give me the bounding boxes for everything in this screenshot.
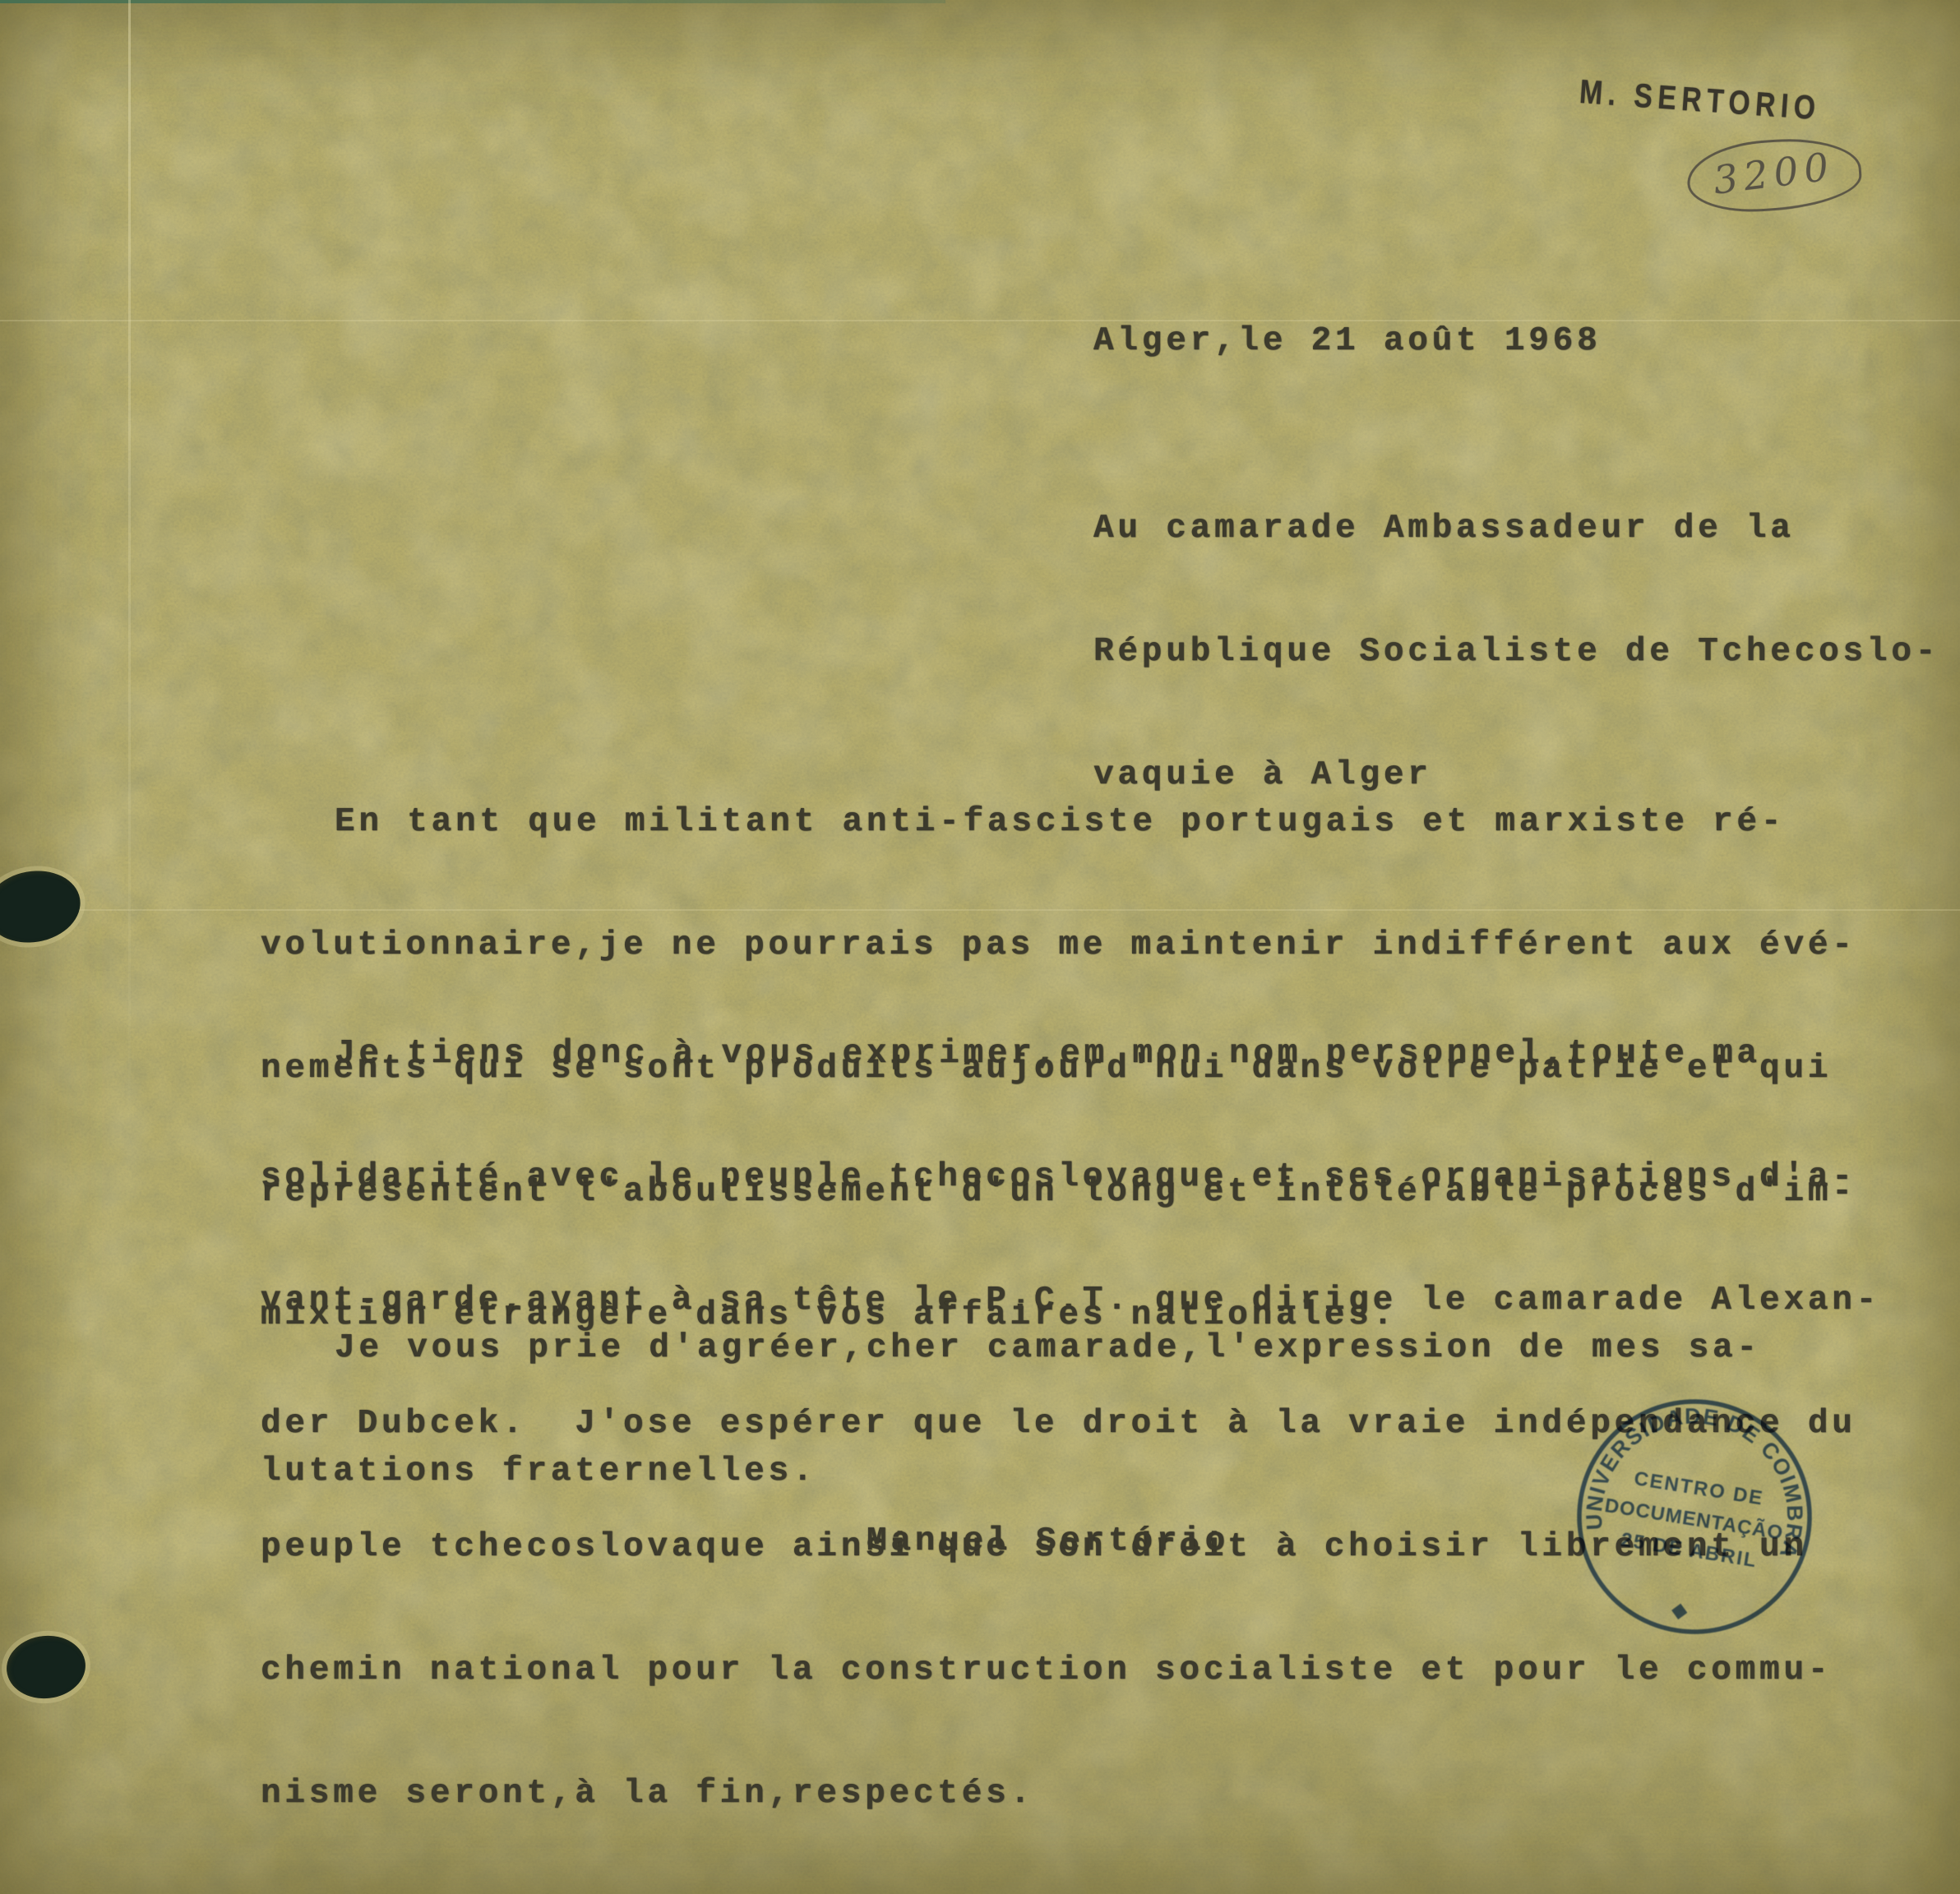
scan-top-edge — [0, 0, 945, 3]
recipient-line: Au camarade Ambassadeur de la — [1093, 508, 1939, 549]
body-line: solidarité avec le peuple tchecoslovaque… — [261, 1157, 1880, 1198]
signature: Manuel Sertório — [867, 1521, 1229, 1562]
punch-hole-top — [0, 864, 86, 950]
archive-number: 3200 — [1711, 144, 1837, 204]
vertical-fold-crease — [128, 0, 131, 1151]
body-line: chemin national pour la construction soc… — [261, 1650, 1880, 1691]
body-line: Je tiens donc à vous exprimer,em mon nom… — [261, 1033, 1880, 1074]
university-round-stamp: UNIVERSIDADE DE COIMBRA ◆ CENTRO DE DOCU… — [1549, 1371, 1841, 1663]
body-line: En tant que militant anti-fasciste portu… — [261, 801, 1856, 843]
stamp-ring-text-holder: UNIVERSIDADE DE COIMBRA — [1579, 1388, 1824, 1565]
body-line: lutations fraternelles. — [261, 1451, 1761, 1492]
body-line: nisme seront,à la fin,respectés. — [261, 1773, 1880, 1814]
archive-number-oval: 3200 — [1685, 134, 1863, 217]
body-line: Je vous prie d'agréer,cher camarade,l'ex… — [261, 1328, 1761, 1369]
recipient-line: République Socialiste de Tchecoslo- — [1093, 631, 1939, 672]
horizontal-fold-crease-top — [0, 320, 1960, 321]
owner-name-stamp: M. SERTORIO — [1579, 72, 1822, 127]
stamp-ring-text: UNIVERSIDADE DE COIMBRA — [1579, 1388, 1824, 1565]
date-line: Alger,le 21 août 1968 — [1093, 321, 1601, 362]
stamp-diamond-icon: ◆ — [1670, 1598, 1690, 1623]
scanned-letter-page: M. SERTORIO 3200 Alger,le 21 août 1968 A… — [0, 0, 1960, 1894]
punch-hole-bottom — [3, 1632, 88, 1702]
